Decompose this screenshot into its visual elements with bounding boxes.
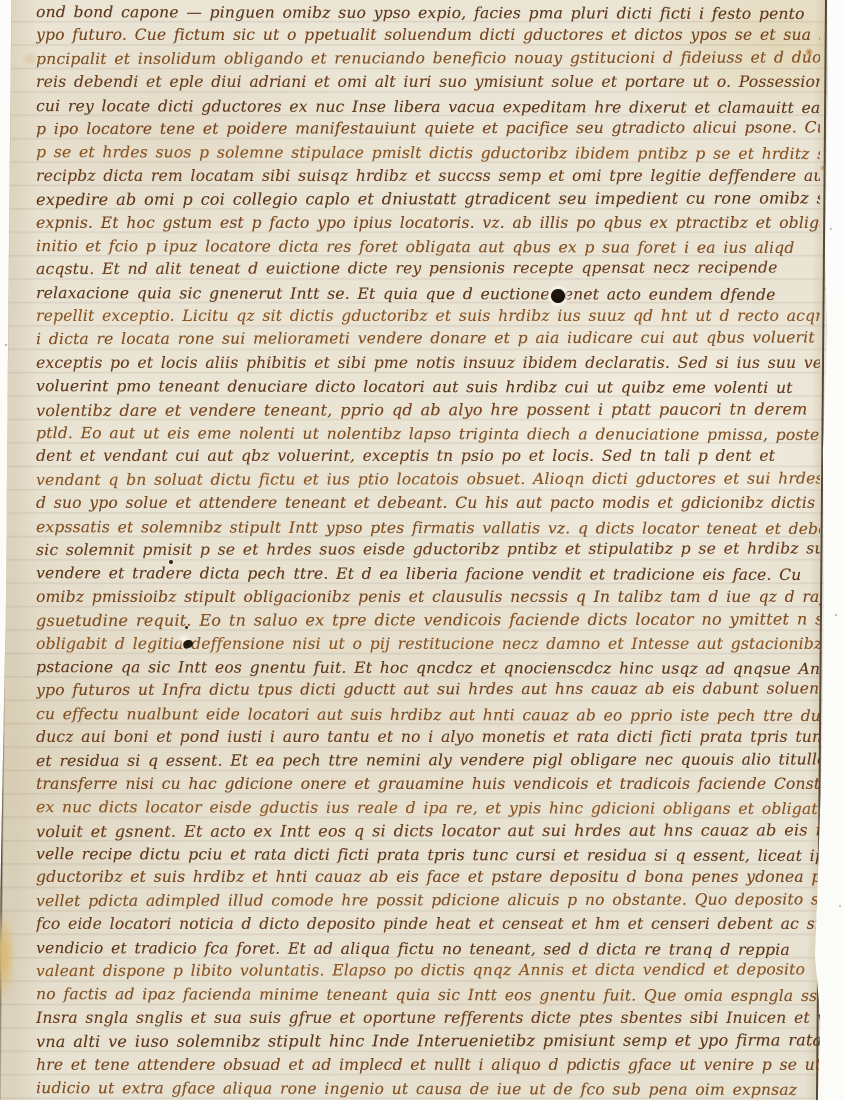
- manuscript-page: ond bond capone — pinguen omibz suo ypso…: [0, 0, 844, 1100]
- text-line: pncipalit et insolidum obligando et renu…: [36, 46, 820, 71]
- text-line: iudicio ut extra gface aliqua rone ingen…: [36, 1077, 820, 1100]
- text-line: Insra sngla snglis et sua suis gfrue et …: [36, 1007, 820, 1030]
- text-line: gsuetudine requit. Eo tn saluo ex tpre d…: [36, 608, 820, 633]
- text-line: relaxacione quia sic gnenerut Intt se. E…: [36, 282, 820, 307]
- rust-spot: [805, 48, 813, 56]
- text-line: ypo futuro. Cue fictum sic ut o ppetuali…: [36, 24, 820, 47]
- text-line: vendant q bn soluat dictu fictu et ius p…: [36, 467, 820, 492]
- text-line: obligabit d legitia deffensione nisi ut …: [36, 633, 820, 656]
- text-line: valeant dispone p libito voluntatis. Ela…: [36, 958, 820, 983]
- ink-blot-hole: [551, 289, 565, 303]
- text-line: cu effectu nualbunt eide locatori aut su…: [36, 703, 820, 728]
- text-line: omibz pmissioibz stipult obligacionibz p…: [36, 586, 820, 609]
- text-line: hre et tene attendere obsuad et ad imple…: [36, 1054, 820, 1077]
- text-line: dent et vendant cui aut qbz voluerint, e…: [36, 445, 820, 468]
- ink-dot: [185, 626, 188, 629]
- text-line: gductoribz et suis hrdibz et hnti cauaz …: [36, 866, 820, 889]
- text-line: repellit exceptio. Licitu qz sit dictis …: [36, 305, 820, 328]
- ink-dot: [169, 560, 173, 564]
- text-line: vendere et tradere dicta pech ttre. Et d…: [36, 562, 820, 587]
- text-line: p ipo locatore tene et poidere manifesta…: [36, 116, 820, 141]
- rust-spot: [820, 165, 826, 171]
- text-line: ptld. Eo aut ut eis eme nolenti ut nolen…: [36, 422, 820, 447]
- text-line: no factis ad ipaz facienda minime tenean…: [36, 983, 820, 1008]
- text-line: i dicta re locata rone sui meliorameti v…: [36, 327, 820, 352]
- manuscript-text: ond bond capone — pinguen omibz suo ypso…: [36, 1, 820, 1100]
- scan-background: ond bond capone — pinguen omibz suo ypso…: [0, 0, 844, 1100]
- text-line: d suo ypo solue et attendere teneant et …: [36, 492, 820, 515]
- text-line: vellet pdicta adimpled illud comode hre …: [36, 888, 820, 913]
- text-line: p se et hrdes suos p solemne stipulace p…: [36, 141, 820, 166]
- text-line: ducz aui boni et pond iusti i auro tantu…: [36, 726, 820, 749]
- corner-stain: [22, 52, 38, 66]
- text-line: expedire ab omi p coi collegio caplo et …: [36, 186, 820, 211]
- text-line: exceptis po et locis aliis phibitis et s…: [36, 352, 820, 375]
- text-line: velle recipe dictu pciu et rata dicti fi…: [36, 843, 820, 868]
- text-line: ond bond capone — pinguen omibz suo ypso…: [36, 1, 820, 26]
- text-line: ypo futuros ut Infra dictu tpus dicti gd…: [36, 678, 820, 703]
- text-line: et residua si q essent. Et ea pech ttre …: [36, 748, 820, 773]
- text-line: expnis. Et hoc gstum est p facto ypo ipi…: [36, 212, 820, 235]
- text-line: vna alti ve iuso solemnibz stipult hinc …: [36, 1029, 820, 1054]
- text-line: sic solemnit pmisit p se et hrdes suos e…: [36, 537, 820, 562]
- text-line: fco eide locatori noticia d dicto deposi…: [36, 913, 820, 936]
- rust-spot: [824, 286, 829, 291]
- text-line: volentibz dare et vendere teneant, pprio…: [36, 397, 820, 422]
- text-line: recipbz dicta rem locatam sibi suisqz hr…: [36, 165, 820, 188]
- text-line: reis debendi et eple diui adriani et omi…: [36, 71, 820, 94]
- text-line: voluit et gsnent. Et acto ex Intt eos q …: [36, 818, 820, 843]
- text-line: transferre nisi cu hac gdicione onere et…: [36, 773, 820, 796]
- text-line: acqstu. Et nd alit teneat d euictione di…: [36, 257, 820, 282]
